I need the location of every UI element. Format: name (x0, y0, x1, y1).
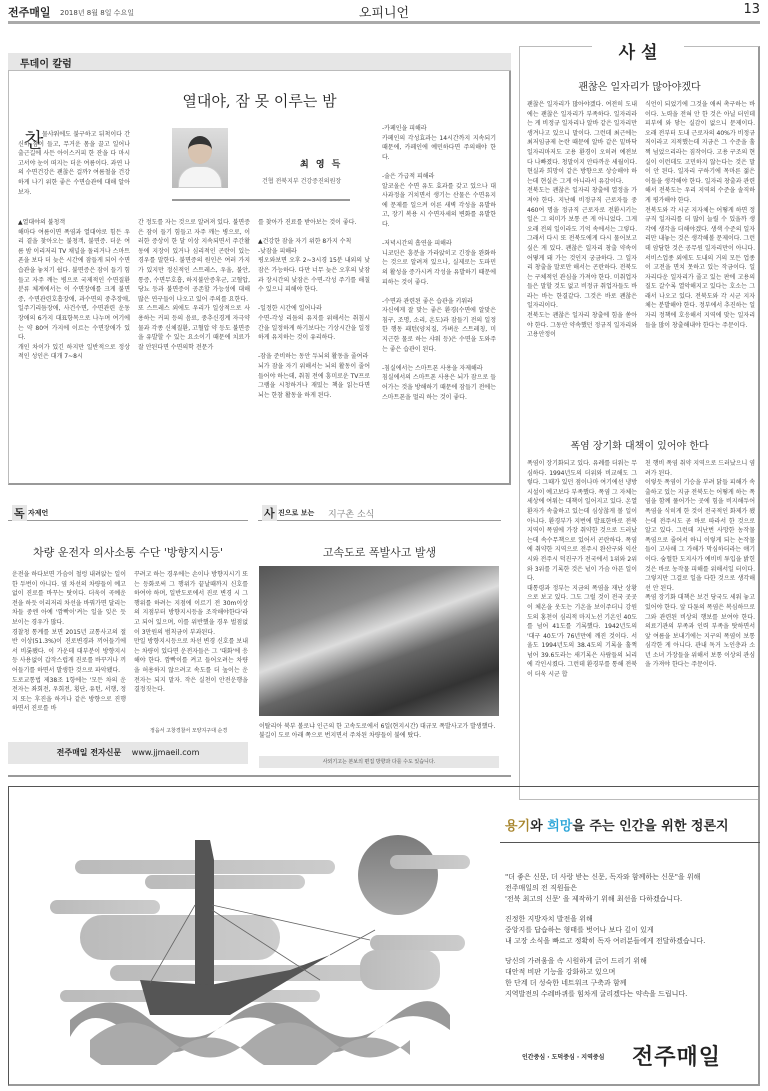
photo-label-light: 지구촌 소식 (328, 507, 374, 520)
explosion-photo (259, 566, 499, 716)
editorial-2-col1: 폭염이 장기화되고 있다. 유례를 더워는 무심하다. 1994년도의 더위와 … (527, 459, 637, 789)
e-newspaper-url[interactable]: www.jjmaeil.com (132, 748, 200, 757)
column-title: 열대야, 잠 못 이루는 밤 (8, 90, 511, 111)
reader-title: 차량 운전자 의사소통 수단 '방향지시등' (8, 544, 248, 560)
ad-rule (500, 842, 760, 843)
reader-label-small: 자제언 (28, 508, 48, 518)
ad-tagline: 인간중심 · 도덕중심 · 지역중심 (522, 1052, 604, 1061)
author-photo (172, 128, 228, 188)
ad-paragraph-1: "더 좋은 신문, 더 사랑 받는 신문, 독자와 함께하는 신문"을 위해 전… (505, 872, 700, 905)
today-column-header: 투데이 칼럼 (8, 53, 511, 71)
reader-col2: 꾸려고 하는 경우에는 손이나 방향지시기 또는 등화로써 그 행위가 끝날때까… (134, 570, 248, 725)
photo-news-title: 고속도로 폭발사고 발생 (258, 544, 501, 560)
header-rule (8, 21, 760, 24)
e-newspaper-label: 전주매일 전자신문 (57, 748, 122, 757)
author-role: 건협 전북지부 건강증진의원장 (262, 176, 341, 185)
photo-label-small: 진으로 보는 (278, 508, 314, 518)
column-body-col4: -카페인을 피해라 카페인의 각성효과는 14시간까지 지속되기 때문에, 카페… (382, 124, 496, 478)
editorial-2-col2: 친 행비 폭염 취약 지역으로 드러났으니 염려가 된다. 이렇듯 폭염이 기승… (645, 459, 755, 789)
slogan-courage: 용기 (505, 819, 530, 834)
reader-col1: 운전을 하다보면 가슴이 철렁 내려앉는 일이 한 두번이 아니다. 옆 차선의… (12, 570, 126, 735)
slogan-and: 와 (530, 819, 547, 834)
reader-byline: 정읍서 고창경찰서 모양지구대 순경 (150, 727, 250, 737)
editorial-1-col1: 괜찮은 일자리가 많아야겠다. 여전히 도내에는 괜찮은 일자리가 부족하다. … (527, 100, 637, 425)
column-body-col3: 를 찾아가 진료를 받아보는 것이 좋다. ▲건강한 잠을 자기 위한 8가지 … (258, 218, 370, 478)
column-label: 투데이 칼럼 (20, 55, 72, 70)
column-intro: 물샤워에도 불구하고 뒤척이다 간신히 잠이 들고, 무거운 몸을 끌고 일어나… (18, 130, 130, 197)
photo-caption: 이탈리아 북부 볼로냐 인근의 한 고속도로에서 6일(현지시간) 대규모 폭발… (259, 722, 502, 740)
photo-label-big: 사 (262, 505, 277, 521)
section-bottom-rule (8, 775, 511, 777)
reader-proposal-header: 독 자제언 (8, 505, 248, 521)
section-title: 오피니언 (0, 2, 768, 21)
slogan-hope: 희망 (547, 819, 572, 834)
photo-rule (172, 199, 350, 201)
author-name: 최 영 득 (300, 157, 342, 170)
ad-slogan: 용기와 희망을 주는 인간을 위한 정론지 (505, 815, 729, 834)
column-body-col1: ▲열대야의 불청객 해마다 여름이면 폭염과 열대야로 힘든 우리 곁을 찾아오… (18, 218, 130, 478)
contribution-disclaimer: 사외기고는 본보의 편집 방향과 다를 수도 있습니다. (259, 756, 499, 768)
reader-label-big: 독 (12, 505, 27, 521)
ad-paragraph-2: 진정한 지방자치 발전을 위해 중앙지를 답습하는 형태를 벗어나 보다 깊이 … (505, 914, 705, 947)
editorial-title-1: 괜찮은 일자리가 많아야겠다 (519, 78, 760, 93)
editorial-label: 사 설 (592, 38, 684, 63)
ad-paragraph-3: 당신의 가려움을 속 시원하게 긁어 드리기 위해 대안적 비판 기능을 강화하… (505, 956, 687, 1000)
e-newspaper-bar: 전주매일 전자신문 www.jjmaeil.com (8, 742, 248, 764)
editorial-1-col2: 식언이 되었기에 그것을 애써 촉구하는 바이다. 노력을 전혀 안 한 것은 … (645, 100, 755, 425)
ship-illustration (30, 815, 470, 1065)
editorial-title-2: 폭염 장기화 대책이 있어야 한다 (519, 437, 760, 452)
page-number: 13 (743, 2, 760, 17)
photo-news-header: 사 진으로 보는 지구촌 소식 (258, 505, 501, 521)
column-body-col2: 간 정도를 자는 것으로 알려져 있다. 불면증은 잠이 들기 힘들고 자주 깨… (138, 218, 250, 478)
slogan-rest: 을 주는 인간을 위한 정론지 (572, 819, 728, 834)
ad-logo: 전주매일 (632, 1040, 721, 1071)
